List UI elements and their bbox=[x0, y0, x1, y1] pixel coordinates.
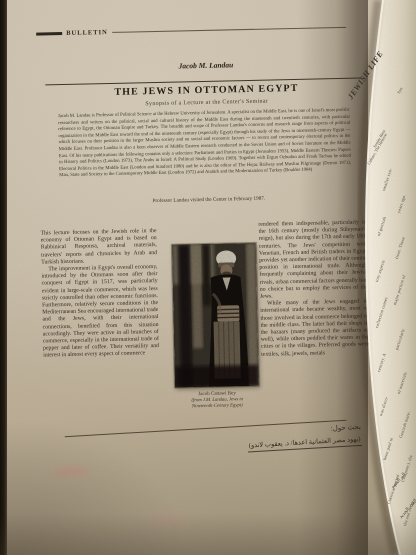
author-name: Jacob M. Landau bbox=[61, 58, 351, 73]
arabic-note-line: (يهود مصر العثمانية اعدها/ د. يعقوب لاند… bbox=[180, 435, 362, 454]
column-paragraph: The improvement in Egypt's overall econo… bbox=[41, 264, 159, 360]
photo-caption: Jacob Cattawi Bey(from J.M. Landau, Jews… bbox=[158, 390, 276, 411]
masthead-rule bbox=[112, 27, 346, 33]
article-subtitle: Synopsis of a Lecture at the Center's Se… bbox=[62, 97, 352, 109]
visit-note: Professor Landau visited the Center in F… bbox=[64, 194, 354, 206]
portrait-photo bbox=[172, 243, 259, 388]
column-paragraph: This lecture focuses on the Jewish role … bbox=[40, 228, 157, 267]
page-smudge bbox=[149, 512, 189, 527]
masthead-label: BULLETIN bbox=[66, 29, 108, 37]
masthead-dash bbox=[36, 32, 62, 35]
left-column: This lecture focuses on the Jewish role … bbox=[40, 228, 159, 360]
page-smudge bbox=[54, 466, 88, 478]
masthead: BULLETIN bbox=[36, 24, 346, 38]
photo-caption-line: Nineteenth-Century Egypt) bbox=[158, 402, 276, 411]
book-edge-left bbox=[0, 0, 7, 555]
portrait-photo-art bbox=[172, 243, 259, 388]
author-bio: Jacob M. Landau is Professor of Politica… bbox=[58, 108, 351, 180]
next-page-curl bbox=[344, 0, 416, 555]
